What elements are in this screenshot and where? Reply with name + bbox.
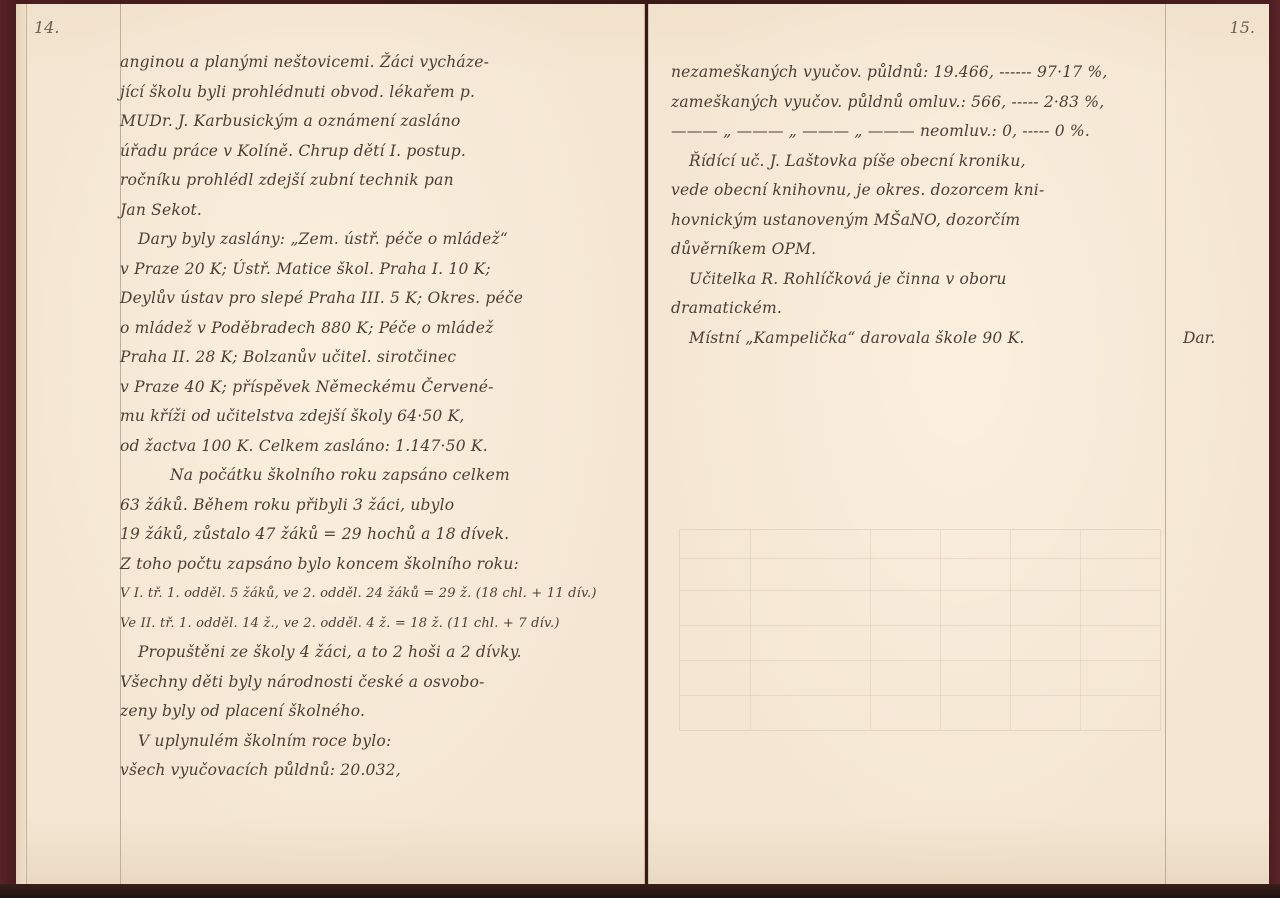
- text-line: 63 žáků. Během roku přibyli 3 žáci, ubyl…: [120, 491, 640, 521]
- text-line: Jan Sekot.: [120, 196, 640, 226]
- text-line: úřadu práce v Kolíně. Chrup dětí I. post…: [120, 137, 640, 167]
- text-line: Místní „Kampelička“ darovala škole 90 K.: [671, 324, 1171, 354]
- right-page: 15. nezameškaných vyučov. půldnů: 19.466…: [648, 4, 1269, 886]
- text-line: Ve II. tř. 1. odděl. 14 ž., ve 2. odděl.…: [120, 609, 640, 639]
- attendance-line-excused: zameškaných vyučov. půldnů omluv.: 566, …: [671, 88, 1171, 118]
- bleed-col: [1010, 530, 1011, 730]
- text-line: mu kříži od učitelstva zdejší školy 64·5…: [120, 402, 640, 432]
- handwritten-text: nezameškaných vyučov. půldnů: 19.466, --…: [671, 58, 1171, 353]
- text-line: Učitelka R. Rohlíčková je činna v oboru: [671, 265, 1171, 295]
- text-line: Deylův ústav pro slepé Praha III. 5 K; O…: [120, 284, 640, 314]
- bleed-row: [680, 695, 1160, 696]
- attendance-line-not-missed: nezameškaných vyučov. půldnů: 19.466, --…: [671, 58, 1171, 88]
- text-line: ročníku prohlédl zdejší zubní technik pa…: [120, 166, 640, 196]
- bleed-col: [870, 530, 871, 730]
- text-line: zeny byly od placení školného.: [120, 697, 640, 727]
- bleed-row: [680, 625, 1160, 626]
- book-bottom-edge: [0, 884, 1280, 898]
- attendance-line-unexcused: ——— „ ——— „ ——— „ ——— neomluv.: 0, -----…: [671, 117, 1171, 147]
- text-line: Na počátku školního roku zapsáno celkem: [120, 461, 640, 491]
- margin-note: Dar.: [1183, 329, 1215, 347]
- bleed-row: [680, 590, 1160, 591]
- text-line: hovnickým ustanoveným MŠaNO, dozorčím: [671, 206, 1171, 236]
- bleed-col: [940, 530, 941, 730]
- text-line: důvěrníkem OPM.: [671, 235, 1171, 265]
- text-line: Propuštěni ze školy 4 žáci, a to 2 hoši …: [120, 638, 640, 668]
- text-line: Řídící uč. J. Laštovka píše obecní kroni…: [671, 147, 1171, 177]
- text-line: vede obecní knihovnu, je okres. dozorcem…: [671, 176, 1171, 206]
- handwritten-text: anginou a planými neštovicemi. Žáci vych…: [120, 48, 640, 786]
- text-line: dramatickém.: [671, 294, 1171, 324]
- text-line: 19 žáků, zůstalo 47 žáků = 29 hochů a 18…: [120, 520, 640, 550]
- text-line: o mládež v Poděbradech 880 K; Péče o mlá…: [120, 314, 640, 344]
- text-line: anginou a planými neštovicemi. Žáci vych…: [120, 48, 640, 78]
- left-page: 14. anginou a planými neštovicemi. Žáci …: [16, 4, 645, 886]
- text-line: jící školu byli prohlédnuti obvod. lékař…: [120, 78, 640, 108]
- text-line: od žactva 100 K. Celkem zasláno: 1.147·5…: [120, 432, 640, 462]
- bleed-row: [680, 558, 1160, 559]
- text-line: V uplynulém školním roce bylo:: [120, 727, 640, 757]
- bleed-col: [1080, 530, 1081, 730]
- text-line: MUDr. J. Karbusickým a oznámení zasláno: [120, 107, 640, 137]
- bleed-through-table: [679, 529, 1161, 731]
- text-line: Dary byly zaslány: „Zem. ústř. péče o ml…: [120, 225, 640, 255]
- text-line: v Praze 40 K; příspěvek Německému Červen…: [120, 373, 640, 403]
- text-line: Praha II. 28 K; Bolzanův učitel. sirotči…: [120, 343, 640, 373]
- text-line: Z toho počtu zapsáno bylo koncem školníh…: [120, 550, 640, 580]
- page-number: 14.: [34, 18, 59, 37]
- text-line: všech vyučovacích půldnů: 20.032,: [120, 756, 640, 786]
- text-line: Všechny děti byly národnosti české a osv…: [120, 668, 640, 698]
- text-line: v Praze 20 K; Ústř. Matice škol. Praha I…: [120, 255, 640, 285]
- bleed-row: [680, 660, 1160, 661]
- bleed-col: [750, 530, 751, 730]
- page-number: 15.: [1230, 18, 1255, 37]
- text-line: V I. tř. 1. odděl. 5 žáků, ve 2. odděl. …: [120, 579, 640, 609]
